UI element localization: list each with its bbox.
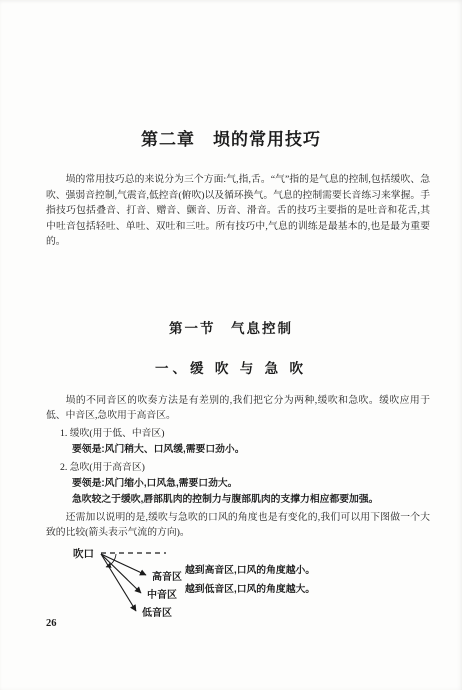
paragraph-angle-note: 还需加以说明的是,缓吹与急吹的口风的角度也是有变化的,我们可以用下图做一个大致的…: [46, 510, 430, 541]
list-item-1-detail: 要领是:风门稍大、口风缓,需要口劲小。: [72, 442, 430, 458]
chapter-title: 第二章 埙的常用技巧: [0, 0, 462, 152]
list-item-2-detail: 要领是:风门缩小,口风急,需要口劲大。: [72, 476, 430, 492]
zone-label-low: 低音区: [142, 606, 172, 619]
diagram-note-high: 越到高音区,口风的角度越小。: [185, 561, 315, 580]
diagram-note-low: 越到低音区,口风的角度越大。: [185, 580, 315, 599]
list-item-1-heading: 1. 缓吹(用于低、中音区): [60, 426, 430, 442]
zone-label-high: 高音区: [152, 570, 182, 583]
paragraph-blowing-methods: 埙的不同音区的吹奏方法是有差别的,我们把它分为两种,缓吹和急吹。缓吹应用于低、中…: [46, 393, 430, 424]
section-title: 第一节 气息控制: [0, 320, 462, 338]
blow-hole-label: 吹口: [73, 547, 94, 560]
page-number: 26: [46, 618, 57, 629]
list-item-2-heading: 2. 急吹(用于高音区): [60, 460, 430, 476]
subsection-title: 一、缓 吹 与 急 吹: [0, 360, 462, 378]
zone-label-mid: 中音区: [147, 588, 177, 601]
emphasis-line: 急吹较之于缓吹,唇部肌肉的控制力与腹部肌肉的支撑力相应都要加强。: [72, 492, 430, 508]
airflow-diagram-graphic: 吹口 高音区 中音区 低音区: [60, 545, 185, 623]
book-page: 第二章 埙的常用技巧 埙的常用技巧总的来说分为三个方面:气,指,舌。“气”指的是…: [0, 0, 462, 690]
intro-paragraph: 埙的常用技巧总的来说分为三个方面:气,指,舌。“气”指的是气息的控制,包括缓吹、…: [46, 172, 430, 250]
airflow-angle-diagram: 吹口 高音区 中音区 低音区 越到高音区,口风的角度越小。 越到低音区,口风的角…: [60, 545, 462, 623]
diagram-notes: 越到高音区,口风的角度越小。 越到低音区,口风的角度越大。: [185, 545, 315, 599]
